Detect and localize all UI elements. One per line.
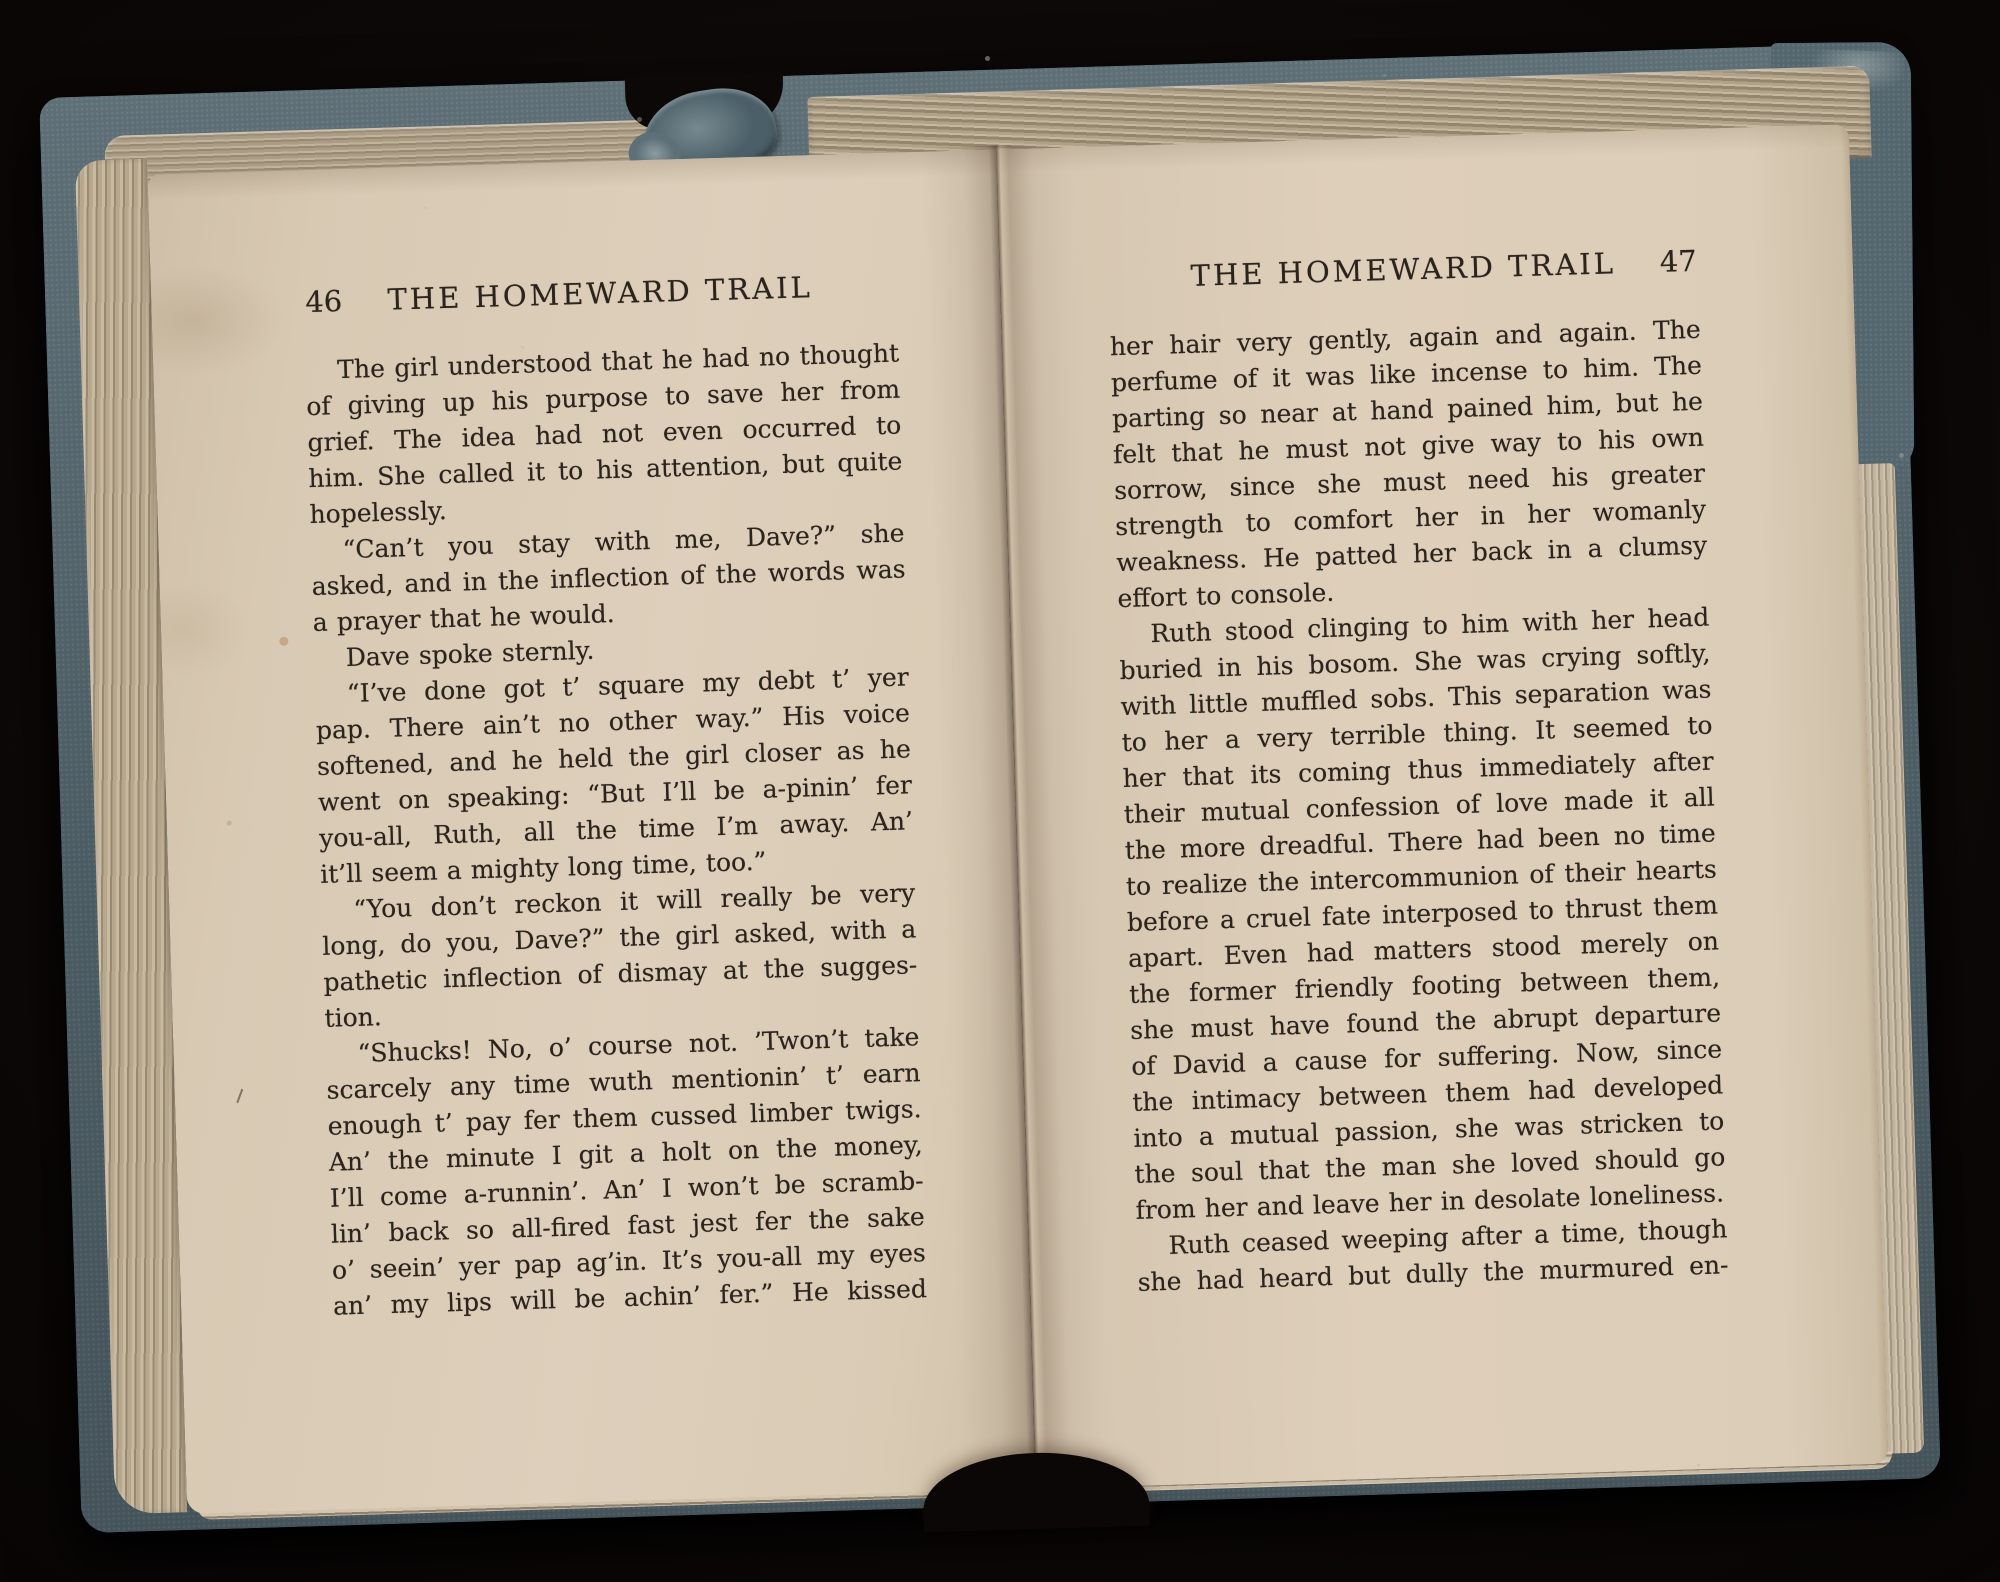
right-page-paragraphs: her hair very gently, again and again. T… [1109,312,1729,1301]
page-number-left: 46 [305,284,343,319]
dust-specks [0,0,3,3]
photo-background: 46 THE HOMEWARD TRAIL The girl understoo… [0,0,2000,1582]
open-book: 46 THE HOMEWARD TRAIL The girl understoo… [39,43,1941,1534]
right-page-text: THE HOMEWARD TRAIL 47 her hair very gent… [1107,244,1729,1301]
left-page-paragraphs: The girl understood that he had no thoug… [305,336,928,1325]
left-page-text: 46 THE HOMEWARD TRAIL The girl understoo… [303,268,928,1325]
page-number-right: 47 [1659,244,1697,279]
